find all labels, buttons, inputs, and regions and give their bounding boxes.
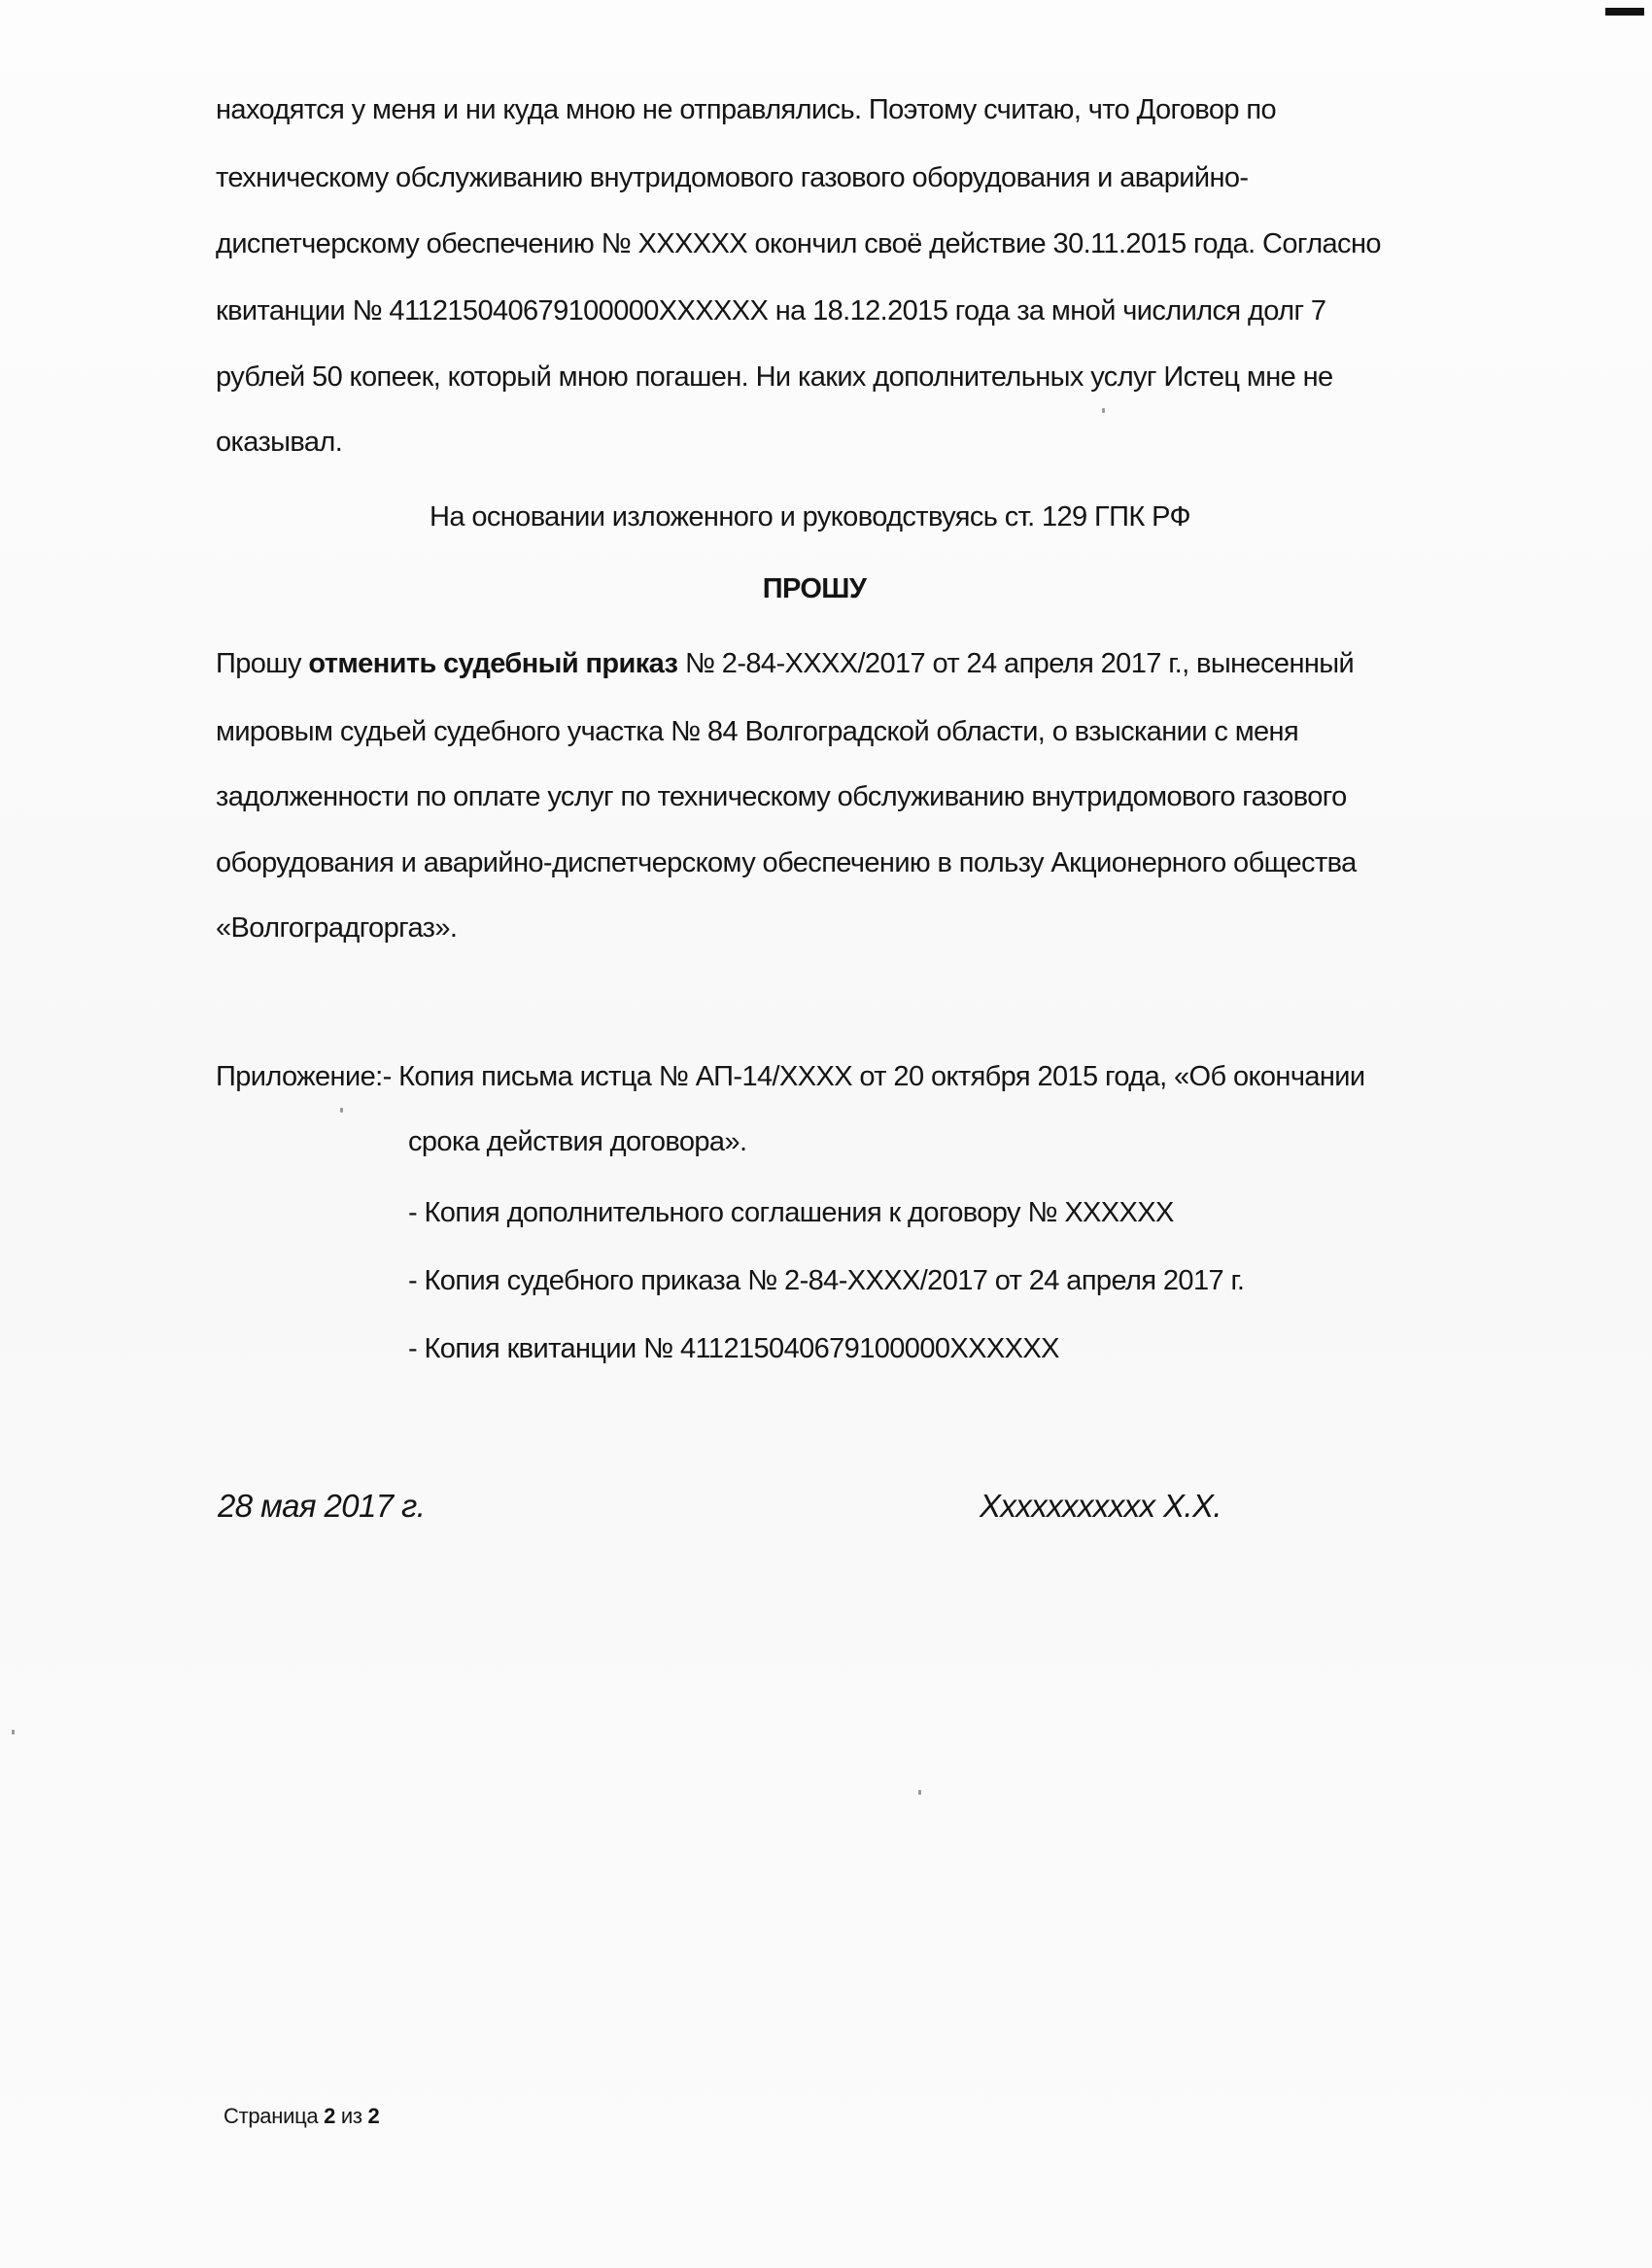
request-heading-text: ПРОШУ	[763, 571, 867, 606]
scan-edge-mark	[1605, 8, 1644, 16]
request-heading: ПРОШУ	[0, 571, 1652, 606]
document-page: находятся у меня и ни куда мною не отпра…	[0, 0, 1652, 2268]
body-line: квитанции № 411215040679100000XXXXXX на …	[216, 293, 1325, 328]
footer-current-page: 2	[324, 2104, 335, 2128]
request-lead: Прошу	[216, 648, 308, 679]
body-line: техническому обслуживанию внутридомового…	[216, 160, 1248, 195]
document-date: 28 мая 2017 г.	[218, 1487, 425, 1526]
basis-line: На основании изложенного и руководствуяс…	[430, 499, 1190, 534]
attachments-label: Приложение:	[216, 1061, 383, 1092]
body-line: оказывал.	[216, 425, 342, 460]
signature: Xxxxxxxxxxx X.X.	[980, 1487, 1222, 1526]
attachments-first-line: Приложение:- Копия письма истца № АП-14/…	[216, 1059, 1365, 1094]
body-line: диспетчерскому обеспечению № XXXXXX окон…	[216, 226, 1381, 261]
attachment-item: - Копия квитанции № 411215040679100000XX…	[408, 1331, 1059, 1366]
attachment-item: - Копия письма истца № АП-14/XXXX от 20 …	[383, 1061, 1365, 1092]
request-first-line: Прошу отменить судебный приказ № 2-84-XX…	[216, 646, 1354, 681]
scan-speck	[340, 1108, 343, 1113]
request-line: задолженности по оплате услуг по техниче…	[216, 779, 1347, 814]
request-line: «Волгоградгоргаз».	[216, 911, 457, 945]
scan-speck	[12, 1730, 15, 1735]
request-line: мировым судьей судебного участка № 84 Во…	[216, 714, 1298, 749]
scan-speck	[1102, 408, 1105, 413]
request-line: оборудования и аварийно-диспетчерскому о…	[216, 845, 1357, 880]
scan-speck	[918, 1790, 921, 1795]
footer-total-pages: 2	[367, 2104, 379, 2128]
footer-separator: из	[335, 2104, 367, 2128]
request-rest: № 2-84-XXXX/2017 от 24 апреля 2017 г., в…	[677, 648, 1354, 679]
body-line: рублей 50 копеек, который мною погашен. …	[216, 360, 1333, 395]
footer-prefix: Страница	[224, 2104, 324, 2128]
page-footer: Страница 2 из 2	[224, 2103, 379, 2130]
request-bold-part: отменить судебный приказ	[308, 648, 677, 679]
attachment-item: - Копия дополнительного соглашения к дог…	[408, 1195, 1174, 1230]
body-line: находятся у меня и ни куда мною не отпра…	[216, 92, 1276, 127]
attachment-item-continuation: срока действия договора».	[408, 1124, 746, 1159]
attachment-item: - Копия судебного приказа № 2-84-XXXX/20…	[408, 1263, 1244, 1298]
